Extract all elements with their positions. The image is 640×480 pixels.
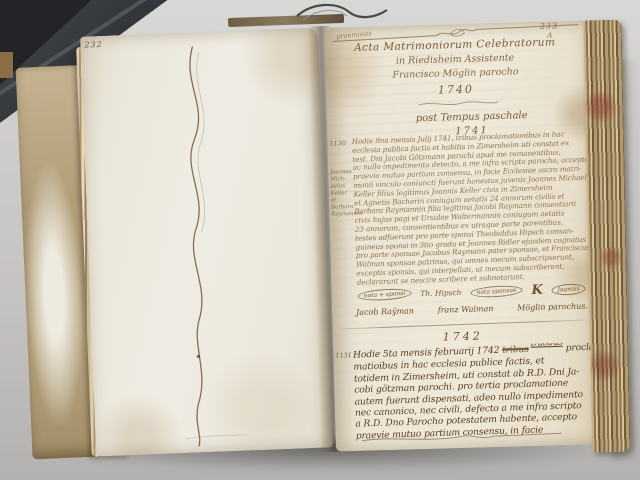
witness-signature: Jacob Raÿman bbox=[356, 306, 414, 317]
entry-1742-number: 1131 bbox=[335, 351, 352, 359]
manuscript-photo: 232 233 A praemissis Acta Matrimoniorum … bbox=[0, 0, 640, 480]
left-page: 232 bbox=[80, 28, 334, 457]
left-page-number: 232 bbox=[84, 40, 103, 50]
entry-1741-text: Hodie 9na mensis Julij 1741, tribus proc… bbox=[352, 130, 595, 288]
signature-mark: nota + sponsi bbox=[357, 287, 411, 301]
witness-signatures-row: Jacob Raÿmanfranz WalmanMöglin parochus. bbox=[356, 301, 588, 316]
year-underline-flourish bbox=[418, 99, 498, 109]
ink-crease-line bbox=[151, 45, 246, 448]
inserted-word: Duobus bbox=[530, 342, 562, 349]
cover-leather-notch bbox=[0, 52, 13, 78]
right-page-number: 233 bbox=[540, 21, 559, 31]
right-page: 233 A praemissis Acta Matrimoniorum Cele… bbox=[324, 20, 598, 451]
header-year: 1740 bbox=[342, 80, 570, 99]
entry-1742-lines: matioibus in hac ecclesia publice factis… bbox=[353, 354, 598, 442]
year-divider-label: 1742 bbox=[393, 328, 533, 345]
witness-signature: franz Walman bbox=[438, 304, 494, 315]
witness-signature: Möglin parochus. bbox=[517, 301, 588, 312]
crossed-out-word: tribus bbox=[502, 344, 529, 356]
subheader-text: post Tempus paschale bbox=[387, 109, 557, 125]
header-priest: Francisco Möglin parocho bbox=[341, 65, 569, 82]
entry-1742-text: Hodie 5ta mensis februarij 1742 tribusDu… bbox=[353, 342, 598, 442]
top-marginal-annotation: praemissis bbox=[336, 29, 372, 40]
signature-mark: Th. Hipsch bbox=[420, 288, 461, 298]
signature-mark: Joannis bbox=[551, 283, 586, 296]
signature-mark: nota sponsae bbox=[470, 284, 523, 298]
signature-mark: K bbox=[531, 283, 543, 298]
acts-header: Acta Matrimoniorum Celebratorum in Riedi… bbox=[341, 36, 571, 99]
entry-divider-rule bbox=[339, 319, 587, 329]
